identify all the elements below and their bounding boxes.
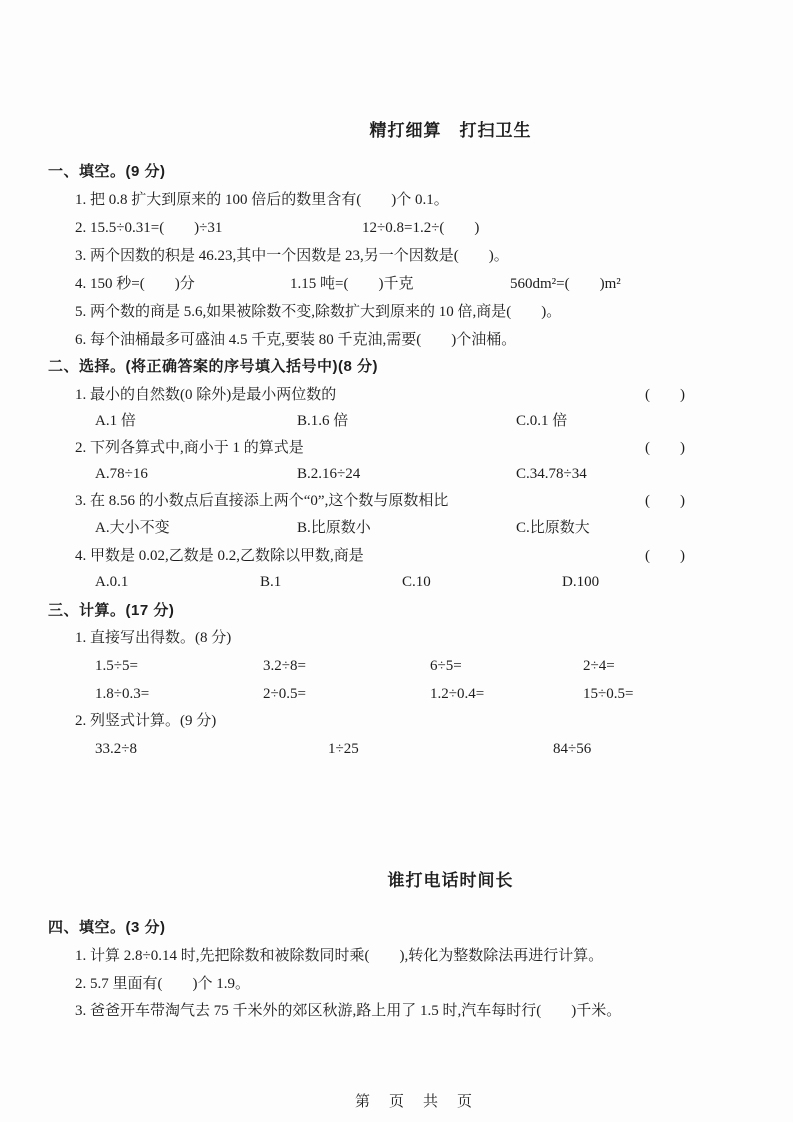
fill-q2-row: 2. 15.5÷0.31=( )÷31 12÷0.8=1.2÷( ) <box>0 219 793 239</box>
fill2-q1: 1. 计算 2.8÷0.14 时,先把除数和被除数同时乘( ),转化为整数除法再… <box>75 947 603 966</box>
choice-q1-stem: 1. 最小的自然数(0 除外)是最小两位数的 <box>75 386 336 405</box>
section-choice-heading: 二、选择。(将正确答案的序号填入括号中)(8 分) <box>48 357 378 376</box>
choice-q4-options: A.0.1 B.1 C.10 D.100 <box>0 573 793 593</box>
oral-calc-row2: 1.8÷0.3= 2÷0.5= 1.2÷0.4= 15÷0.5= <box>0 685 793 705</box>
answer-bracket: ( ) <box>645 547 685 566</box>
test2-title: 谁打电话时间长 <box>54 866 793 891</box>
choice-q2-options: A.78÷16 B.2.16÷24 C.34.78÷34 <box>0 465 793 485</box>
choice-q4-stem: 4. 甲数是 0.02,乙数是 0.2,乙数除以甲数,商是 <box>75 547 364 566</box>
fill-q2b: 12÷0.8=1.2÷( ) <box>362 219 479 238</box>
oral-calc-row1: 1.5÷5= 3.2÷8= 6÷5= 2÷4= <box>0 657 793 677</box>
oral-expression: 2÷4= <box>583 657 615 676</box>
choice-q3-stem-row: 3. 在 8.56 的小数点后直接添上两个“0”,这个数与原数相比 ( ) <box>0 492 793 512</box>
option-b: B.1.6 倍 <box>297 412 348 431</box>
fill-q4a: 4. 150 秒=( )分 <box>75 275 195 294</box>
fill-q4b: 1.15 吨=( )千克 <box>290 275 413 294</box>
fill-q6: 6. 每个油桶最多可盛油 4.5 千克,要装 80 千克油,需要( )个油桶。 <box>75 331 516 350</box>
oral-expression: 1.5÷5= <box>95 657 138 676</box>
section-calc-heading: 三、计算。(17 分) <box>48 601 174 620</box>
choice-q3-options: A.大小不变 B.比原数小 C.比原数大 <box>0 519 793 539</box>
section-fill-heading: 一、填空。(9 分) <box>48 162 166 181</box>
section-fill2-heading: 四、填空。(3 分) <box>48 918 166 937</box>
choice-q1-options: A.1 倍 B.1.6 倍 C.0.1 倍 <box>0 412 793 432</box>
calc-sub1: 1. 直接写出得数。(8 分) <box>75 629 231 648</box>
page-footer: 第 页 共 页 <box>18 1090 793 1111</box>
choice-q3-stem: 3. 在 8.56 的小数点后直接添上两个“0”,这个数与原数相比 <box>75 492 448 511</box>
vertical-expression: 1÷25 <box>328 740 359 759</box>
option-c: C.比原数大 <box>516 519 590 538</box>
fill-q4c: 560dm²=( )m² <box>510 275 621 294</box>
choice-q2-stem-row: 2. 下列各算式中,商小于 1 的算式是 ( ) <box>0 439 793 459</box>
choice-q2-stem: 2. 下列各算式中,商小于 1 的算式是 <box>75 439 304 458</box>
option-a: A.1 倍 <box>95 412 136 431</box>
oral-expression: 1.2÷0.4= <box>430 685 484 704</box>
option-a: A.大小不变 <box>95 519 170 538</box>
vertical-calc-row: 33.2÷8 1÷25 84÷56 <box>0 740 793 760</box>
option-c: C.34.78÷34 <box>516 465 587 484</box>
option-c: C.0.1 倍 <box>516 412 567 431</box>
fill2-q2: 2. 5.7 里面有( )个 1.9。 <box>75 975 250 994</box>
oral-expression: 3.2÷8= <box>263 657 306 676</box>
option-d: D.100 <box>562 573 599 592</box>
option-b: B.1 <box>260 573 281 592</box>
vertical-expression: 33.2÷8 <box>95 740 137 759</box>
option-c: C.10 <box>402 573 431 592</box>
answer-bracket: ( ) <box>645 492 685 511</box>
option-b: B.比原数小 <box>297 519 371 538</box>
fill-q5: 5. 两个数的商是 5.6,如果被除数不变,除数扩大到原来的 10 倍,商是( … <box>75 303 561 322</box>
oral-expression: 15÷0.5= <box>583 685 633 704</box>
test1-title: 精打细算 打扫卫生 <box>54 116 793 141</box>
answer-bracket: ( ) <box>645 386 685 405</box>
choice-q1-stem-row: 1. 最小的自然数(0 除外)是最小两位数的 ( ) <box>0 386 793 406</box>
fill-q4-row: 4. 150 秒=( )分 1.15 吨=( )千克 560dm²=( )m² <box>0 275 793 295</box>
worksheet-page: 精打细算 打扫卫生 一、填空。(9 分) 1. 把 0.8 扩大到原来的 100… <box>0 0 793 1122</box>
calc-sub2: 2. 列竖式计算。(9 分) <box>75 712 216 731</box>
choice-q4-stem-row: 4. 甲数是 0.02,乙数是 0.2,乙数除以甲数,商是 ( ) <box>0 547 793 567</box>
fill2-q3: 3. 爸爸开车带淘气去 75 千米外的郊区秋游,路上用了 1.5 时,汽车每时行… <box>75 1002 621 1021</box>
fill-q2a: 2. 15.5÷0.31=( )÷31 <box>75 219 222 238</box>
vertical-expression: 84÷56 <box>553 740 591 759</box>
fill-q3: 3. 两个因数的积是 46.23,其中一个因数是 23,另一个因数是( )。 <box>75 247 509 266</box>
oral-expression: 2÷0.5= <box>263 685 306 704</box>
answer-bracket: ( ) <box>645 439 685 458</box>
option-b: B.2.16÷24 <box>297 465 360 484</box>
fill-q1: 1. 把 0.8 扩大到原来的 100 倍后的数里含有( )个 0.1。 <box>75 191 449 210</box>
option-a: A.0.1 <box>95 573 128 592</box>
oral-expression: 6÷5= <box>430 657 462 676</box>
option-a: A.78÷16 <box>95 465 148 484</box>
oral-expression: 1.8÷0.3= <box>95 685 149 704</box>
